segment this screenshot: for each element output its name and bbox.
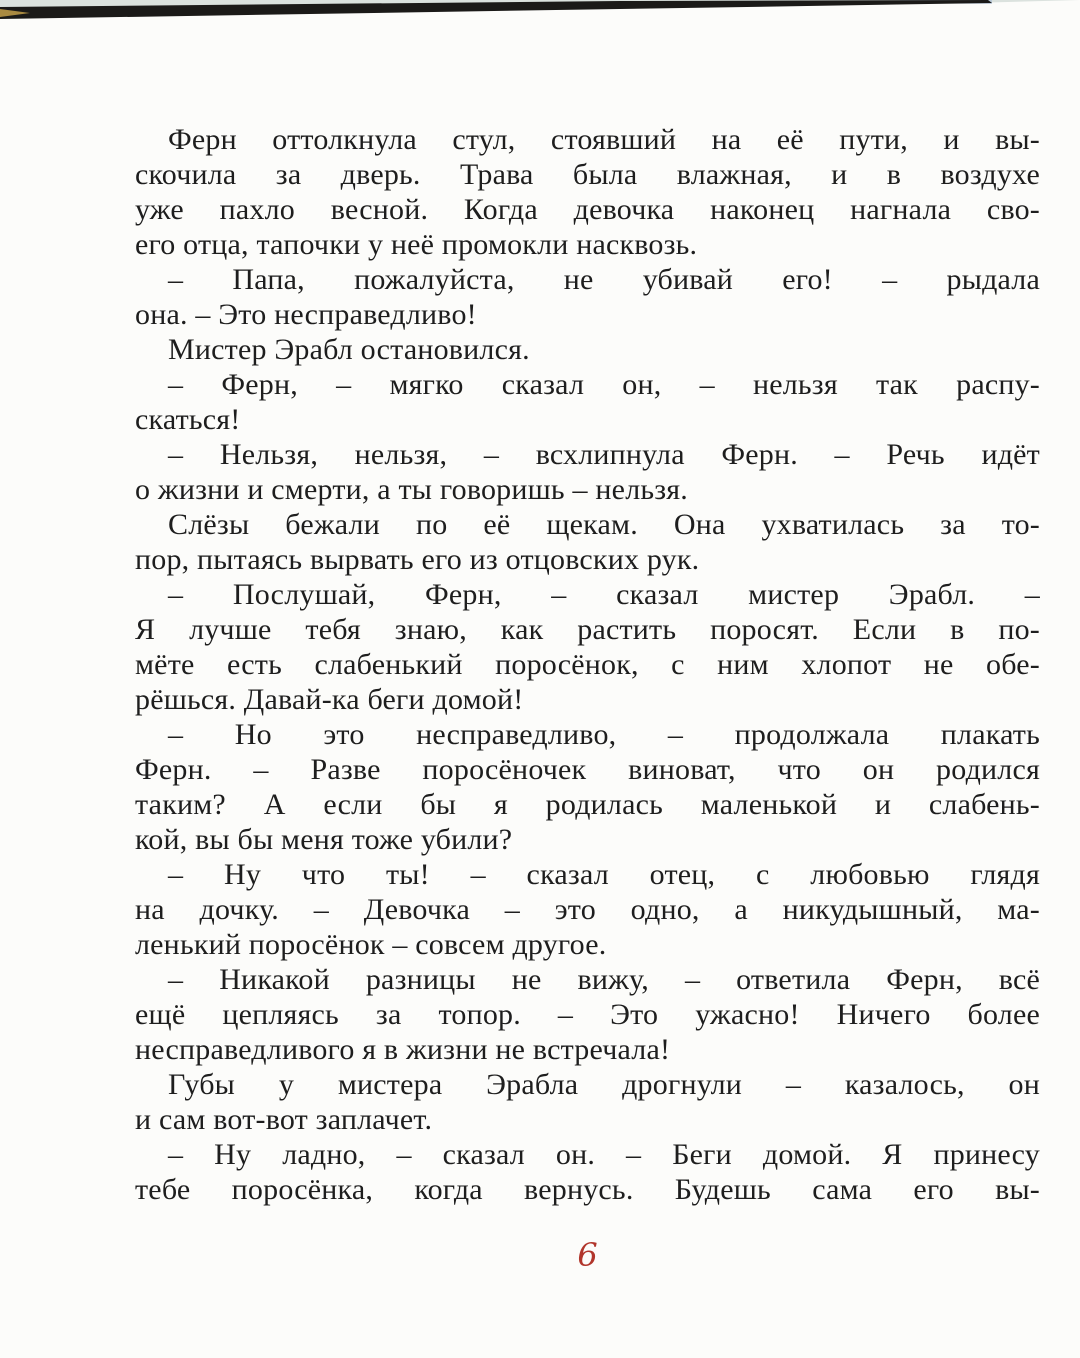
text-line: мёте есть слабенький поросёнок, с ним хл… bbox=[135, 647, 1040, 682]
text-line: пор, пытаясь вырвать его из отцовских ру… bbox=[135, 542, 1040, 577]
text-line: Губы у мистера Эрабла дрогнули – казалос… bbox=[135, 1067, 1040, 1102]
scan-edge-artifact bbox=[0, 0, 1080, 26]
page-number: 6 bbox=[135, 1236, 1040, 1274]
text-line: – Ну что ты! – сказал отец, с любовью гл… bbox=[135, 857, 1040, 892]
text-line: таким? А если бы я родилась маленькой и … bbox=[135, 787, 1040, 822]
text-line: Мистер Эрабл остановился. bbox=[135, 332, 1040, 367]
text-line: – Никакой разницы не вижу, – ответила Фе… bbox=[135, 962, 1040, 997]
text-line: Я лучше тебя знаю, как растить поросят. … bbox=[135, 612, 1040, 647]
text-line: – Послушай, Ферн, – сказал мистер Эрабл.… bbox=[135, 577, 1040, 612]
text-line: о жизни и смерти, а ты говоришь – нельзя… bbox=[135, 472, 1040, 507]
text-line: – Нельзя, нельзя, – всхлипнула Ферн. – Р… bbox=[135, 437, 1040, 472]
text-line: ленький поросёнок – совсем другое. bbox=[135, 927, 1040, 962]
text-line: кой, вы бы меня тоже убили? bbox=[135, 822, 1040, 857]
text-line: на дочку. – Девочка – это одно, а никуды… bbox=[135, 892, 1040, 927]
text-line: Слёзы бежали по её щекам. Она ухватилась… bbox=[135, 507, 1040, 542]
text-line: тебе поросёнка, когда вернусь. Будешь са… bbox=[135, 1172, 1040, 1207]
text-line: – Ферн, – мягко сказал он, – нельзя так … bbox=[135, 367, 1040, 402]
text-line: его отца, тапочки у неё промокли насквоз… bbox=[135, 227, 1040, 262]
text-line: ещё цепляясь за топор. – Это ужасно! Нич… bbox=[135, 997, 1040, 1032]
text-line: – Но это несправедливо, – продолжала пла… bbox=[135, 717, 1040, 752]
text-line: несправедливого я в жизни не встречала! bbox=[135, 1032, 1040, 1067]
text-line: она. – Это несправедливо! bbox=[135, 297, 1040, 332]
text-line: скочила за дверь. Трава была влажная, и … bbox=[135, 157, 1040, 192]
text-line: скаться! bbox=[135, 402, 1040, 437]
text-line: Ферн. – Разве поросёночек виноват, что о… bbox=[135, 752, 1040, 787]
text-line: Ферн оттолкнула стул, стоявший на её пут… bbox=[135, 122, 1040, 157]
text-line: – Ну ладно, – сказал он. – Беги домой. Я… bbox=[135, 1137, 1040, 1172]
text-line: уже пахло весной. Когда девочка наконец … bbox=[135, 192, 1040, 227]
text-line: рёшься. Давай-ка беги домой! bbox=[135, 682, 1040, 717]
text-line: и сам вот-вот заплачет. bbox=[135, 1102, 1040, 1137]
text-line: – Папа, пожалуйста, не убивай его! – рыд… bbox=[135, 262, 1040, 297]
book-page: { "page": { "number": "6" }, "colors": {… bbox=[0, 0, 1080, 1358]
page-text: Ферн оттолкнула стул, стоявший на её пут… bbox=[135, 122, 1040, 1207]
